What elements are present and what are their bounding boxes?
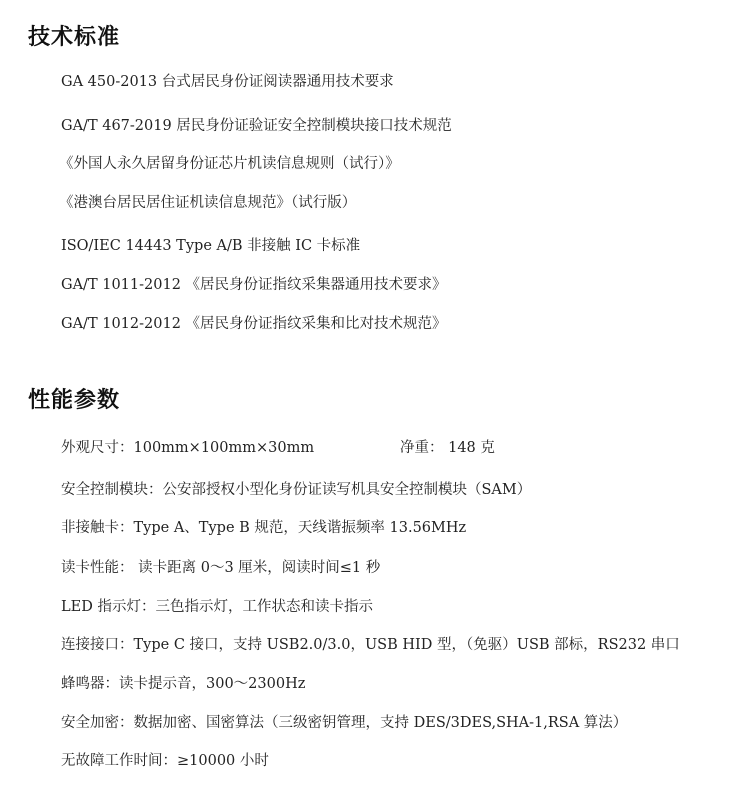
- section-title-standards: 技术标准: [28, 20, 120, 51]
- standard-item: GA 450-2013 台式居民身份证阅读器通用技术要求: [61, 70, 394, 91]
- spec-item: 安全加密：数据加密、国密算法（三级密钥管理，支持 DES/3DES,SHA-1,…: [61, 711, 627, 732]
- standard-item: GA/T 1011-2012 《居民身份证指纹采集器通用技术要求》: [61, 273, 447, 294]
- spec-item: 安全控制模块：公安部授权小型化身份证读写机具安全控制模块（SAM）: [61, 478, 531, 499]
- standard-item: 《外国人永久居留身份证芯片机读信息规则（试行）》: [59, 152, 400, 173]
- spec-item: 非接触卡：Type A、Type B 规范，天线谐振频率 13.56MHz: [61, 516, 466, 537]
- spec-item: 无故障工作时间：≥10000 小时: [61, 749, 269, 770]
- standard-item: ISO/IEC 14443 Type A/B 非接触 IC 卡标准: [61, 234, 360, 255]
- spec-item: LED 指示灯：三色指示灯，工作状态和读卡指示: [61, 595, 373, 616]
- spec-item: 读卡性能： 读卡距离 0～3 厘米，阅读时间≤1 秒: [61, 556, 380, 577]
- spec-item: 连接接口：Type C 接口，支持 USB2.0/3.0，USB HID 型，（…: [61, 633, 680, 654]
- standard-item: GA/T 1012-2012 《居民身份证指纹采集和比对技术规范》: [61, 312, 447, 333]
- spec-net-weight: 净重： 148 克: [400, 436, 495, 457]
- spec-item: 蜂鸣器：读卡提示音，300～2300Hz: [61, 672, 305, 693]
- spec-dimensions: 外观尺寸：100mm×100mm×30mm: [61, 436, 314, 457]
- standard-item: GA/T 467-2019 居民身份证验证安全控制模块接口技术规范: [61, 114, 452, 135]
- standard-item: 《港澳台居民居住证机读信息规范》（试行版）: [59, 191, 356, 212]
- section-title-performance: 性能参数: [28, 383, 120, 414]
